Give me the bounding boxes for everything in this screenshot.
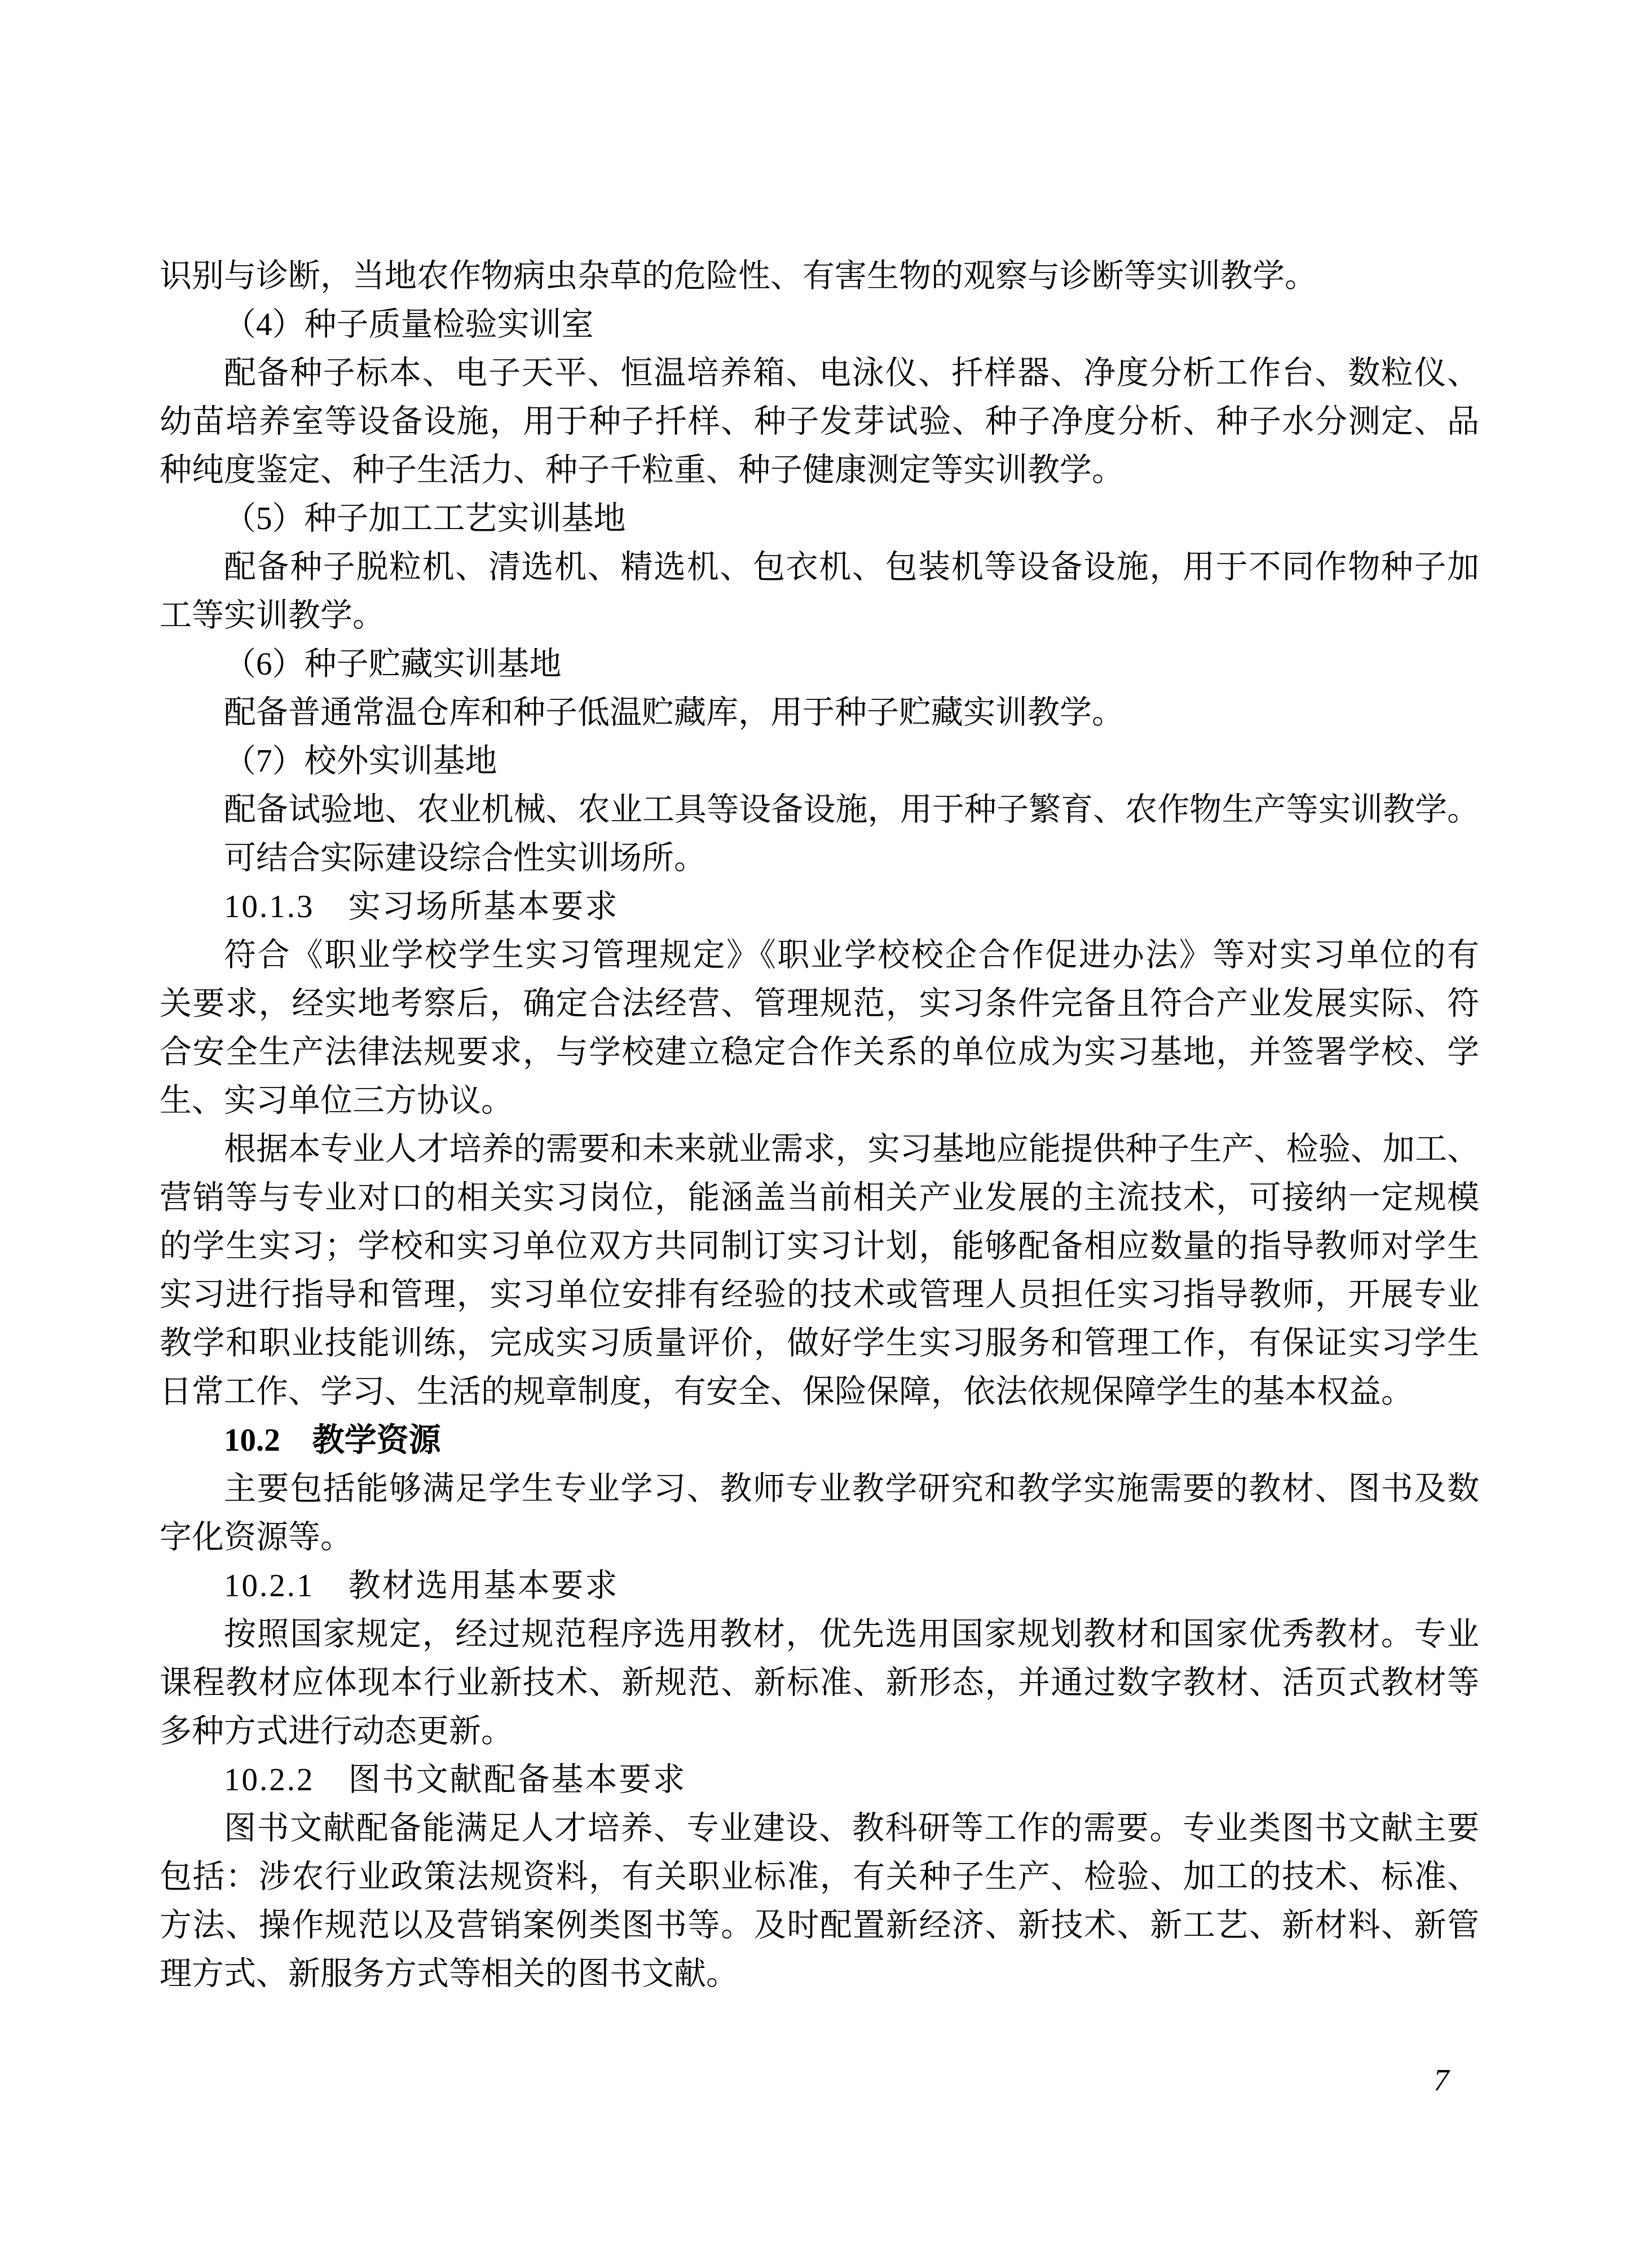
subsection-heading: 10.1.3 实习场所基本要求	[160, 883, 1479, 931]
text-line: 方法、操作规范以及营销案例类图书等。及时配置新经济、新技术、新工艺、新材料、新管	[160, 1901, 1479, 1950]
text-line: 工等实训教学。	[160, 592, 1479, 640]
text-line: 理方式、新服务方式等相关的图书文献。	[160, 1950, 1479, 1998]
text-line: 种纯度鉴定、种子生活力、种子千粒重、种子健康测定等实训教学。	[160, 446, 1479, 495]
text-line: 多种方式进行动态更新。	[160, 1707, 1479, 1756]
text-line: 课程教材应体现本行业新技术、新规范、新标准、新形态，并通过数字教材、活页式教材等	[160, 1659, 1479, 1707]
document-page: 识别与诊断，当地农作物病虫杂草的危险性、有害生物的观察与诊断等实训教学。（4）种…	[0, 0, 1627, 2268]
text-line: 根据本专业人才培养的需要和未来就业需求，实习基地应能提供种子生产、检验、加工、	[160, 1125, 1479, 1174]
text-line: （7）校外实训基地	[160, 737, 1479, 786]
text-line: 符合《职业学校学生实习管理规定》《职业学校校企合作促进办法》等对实习单位的有	[160, 931, 1479, 980]
page-body-text: 识别与诊断，当地农作物病虫杂草的危险性、有害生物的观察与诊断等实训教学。（4）种…	[160, 252, 1479, 1998]
page-number: 7	[1434, 2058, 1449, 2103]
text-line: 生、实习单位三方协议。	[160, 1077, 1479, 1125]
text-line: （6）种子贮藏实训基地	[160, 640, 1479, 689]
text-line: 关要求，经实地考察后，确定合法经营、管理规范，实习条件完备且符合产业发展实际、符	[160, 980, 1479, 1028]
text-line: 可结合实际建设综合性实训场所。	[160, 834, 1479, 883]
text-line: 配备普通常温仓库和种子低温贮藏库，用于种子贮藏实训教学。	[160, 689, 1479, 737]
text-line: 幼苗培养室等设备设施，用于种子扦样、种子发芽试验、种子净度分析、种子水分测定、品	[160, 398, 1479, 446]
subsection-heading: 10.2.2 图书文献配备基本要求	[160, 1756, 1479, 1804]
subsection-heading: 10.2.1 教材选用基本要求	[160, 1562, 1479, 1610]
text-line: 图书文献配备能满足人才培养、专业建设、教科研等工作的需要。专业类图书文献主要	[160, 1804, 1479, 1853]
text-line: 按照国家规定，经过规范程序选用教材，优先选用国家规划教材和国家优秀教材。专业	[160, 1610, 1479, 1659]
text-line: （5）种子加工工艺实训基地	[160, 495, 1479, 543]
text-line: 营销等与专业对口的相关实习岗位，能涵盖当前相关产业发展的主流技术，可接纳一定规模	[160, 1174, 1479, 1222]
section-heading: 10.2 教学资源	[160, 1416, 1479, 1465]
text-line: 教学和职业技能训练，完成实习质量评价，做好学生实习服务和管理工作，有保证实习学生	[160, 1319, 1479, 1368]
text-line: 实习进行指导和管理，实习单位安排有经验的技术或管理人员担任实习指导教师，开展专业	[160, 1271, 1479, 1319]
text-line: 主要包括能够满足学生专业学习、教师专业教学研究和教学实施需要的教材、图书及数	[160, 1465, 1479, 1513]
text-line: 包括：涉农行业政策法规资料，有关职业标准，有关种子生产、检验、加工的技术、标准、	[160, 1853, 1479, 1901]
text-line: 日常工作、学习、生活的规章制度，有安全、保险保障，依法依规保障学生的基本权益。	[160, 1368, 1479, 1416]
text-line: 配备种子脱粒机、清选机、精选机、包衣机、包装机等设备设施，用于不同作物种子加	[160, 543, 1479, 592]
text-line: 字化资源等。	[160, 1513, 1479, 1562]
text-line: 配备种子标本、电子天平、恒温培养箱、电泳仪、扦样器、净度分析工作台、数粒仪、	[160, 349, 1479, 398]
text-line: 识别与诊断，当地农作物病虫杂草的危险性、有害生物的观察与诊断等实训教学。	[160, 252, 1479, 301]
text-line: （4）种子质量检验实训室	[160, 301, 1479, 349]
text-line: 配备试验地、农业机械、农业工具等设备设施，用于种子繁育、农作物生产等实训教学。	[160, 786, 1479, 834]
text-line: 的学生实习；学校和实习单位双方共同制订实习计划，能够配备相应数量的指导教师对学生	[160, 1222, 1479, 1271]
text-line: 合安全生产法律法规要求，与学校建立稳定合作关系的单位成为实习基地，并签署学校、学	[160, 1028, 1479, 1077]
